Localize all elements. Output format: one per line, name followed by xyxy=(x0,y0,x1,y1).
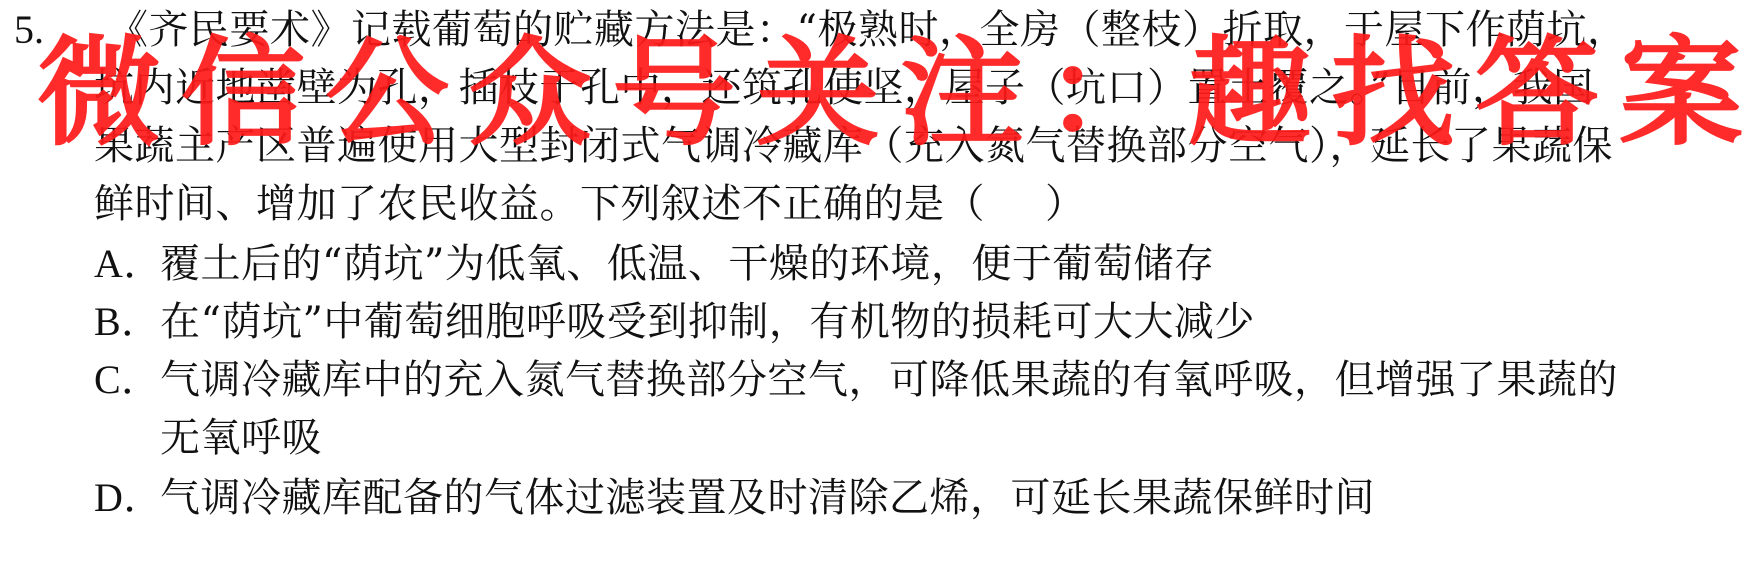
question-stem-line-4: 鲜时间、增加了农民收益。下列叙述不正确的是（） xyxy=(94,176,1086,232)
option-c-text-line-1: 气调冷藏库中的充入氮气替换部分空气，可降低果蔬的有氧呼吸，但增强了果蔬的 xyxy=(160,357,1618,403)
option-b-label: B． xyxy=(94,294,160,350)
option-b-text: 在“荫坑”中葡萄细胞呼吸受到抑制，有机物的损耗可大大减少 xyxy=(160,299,1255,345)
question-stem-close-paren: ） xyxy=(1045,181,1086,227)
option-a-label: A． xyxy=(94,236,160,292)
option-c-continuation: 无氧呼吸 xyxy=(160,410,322,466)
question-stem-line-1: 《齐民要术》记载葡萄的贮藏方法是：“极熟时，全房（整枝）折取，于屋下作荫坑， xyxy=(108,2,1627,58)
option-c-label: C． xyxy=(94,352,160,408)
option-a-text: 覆土后的“荫坑”为低氧、低温、干燥的环境，便于葡萄储存 xyxy=(160,241,1214,287)
option-b: B．在“荫坑”中葡萄细胞呼吸受到抑制，有机物的损耗可大大减少 xyxy=(94,294,1255,350)
watermark-char: 案 xyxy=(1619,34,1743,152)
option-d-text: 气调冷藏库配备的气体过滤装置及时清除乙烯，可延长果蔬保鲜时间 xyxy=(160,475,1375,521)
question-stem-text: 鲜时间、增加了农民收益。下列叙述不正确的是（ xyxy=(94,181,985,227)
question-number: 5. xyxy=(14,2,44,58)
exam-page: 5. 《齐民要术》记载葡萄的贮藏方法是：“极熟时，全房（整枝）折取，于屋下作荫坑… xyxy=(0,0,1751,586)
option-a: A．覆土后的“荫坑”为低氧、低温、干燥的环境，便于葡萄储存 xyxy=(94,236,1214,292)
option-d: D．气调冷藏库配备的气体过滤装置及时清除乙烯，可延长果蔬保鲜时间 xyxy=(94,470,1375,526)
option-d-label: D． xyxy=(94,470,160,526)
option-c: C．气调冷藏库中的充入氮气替换部分空气，可降低果蔬的有氧呼吸，但增强了果蔬的 xyxy=(94,352,1618,408)
question-stem-line-2: 坑内近地凿壁为孔，插枝于孔中，还筑孔使坚，屋子（坑口）置土覆之。”目前，我国 xyxy=(94,60,1593,116)
question-stem-line-3: 果蔬主产区普遍使用大型封闭式气调冷藏库（充入氮气替换部分空气），延长了果蔬保 xyxy=(94,118,1613,174)
